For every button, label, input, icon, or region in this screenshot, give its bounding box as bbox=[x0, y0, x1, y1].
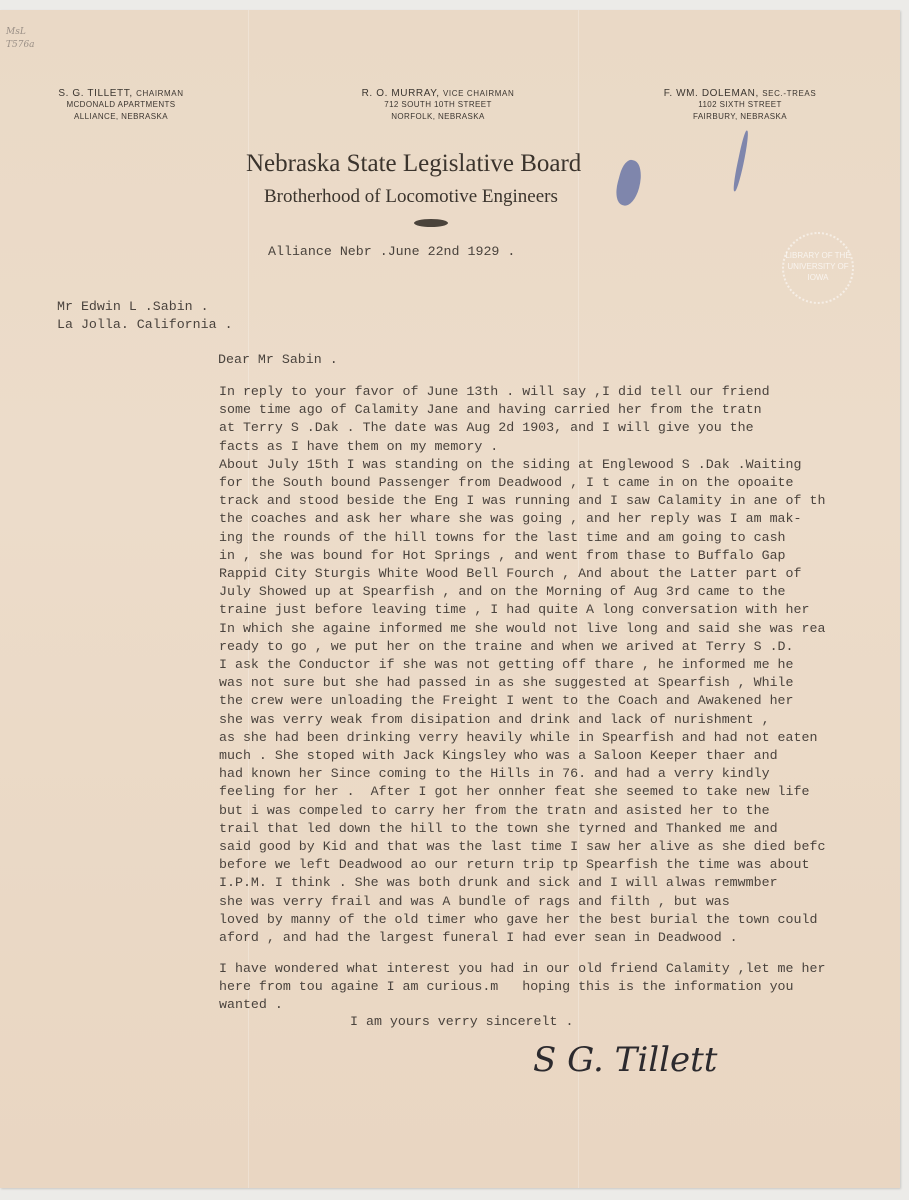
dateline: Alliance Nebr .June 22nd 1929 . bbox=[268, 244, 515, 259]
officer-chairman: S. G. TILLETT, CHAIRMAN MCDONALD APARTME… bbox=[36, 88, 206, 123]
library-stamp: LIBRARY OF THE UNIVERSITY OF IOWA bbox=[782, 232, 854, 304]
letterhead-title: Nebraska State Legislative Board bbox=[246, 150, 581, 178]
closing-paragraph: I have wondered what interest you had in… bbox=[219, 960, 825, 1015]
salutation: Dear Mr Sabin . bbox=[218, 352, 338, 367]
letterhead-subtitle: Brotherhood of Locomotive Engineers bbox=[264, 186, 558, 208]
recipient-address: Mr Edwin L .Sabin . La Jolla. California… bbox=[57, 298, 233, 334]
signature: S G. Tillett bbox=[533, 1040, 717, 1080]
letter-body: In reply to your favor of June 13th . wi… bbox=[219, 383, 825, 947]
officer-sec-treas: F. WM. DOLEMAN, SEC.-TREAS 1102 SIXTH ST… bbox=[640, 88, 840, 123]
complimentary-close: I am yours verry sincerelt . bbox=[350, 1014, 573, 1029]
union-emblem-icon bbox=[414, 219, 448, 227]
officer-vice-chairman: R. O. MURRAY, VICE CHAIRMAN 712 SOUTH 10… bbox=[338, 88, 538, 123]
archive-note: MsL T576a bbox=[6, 26, 35, 52]
